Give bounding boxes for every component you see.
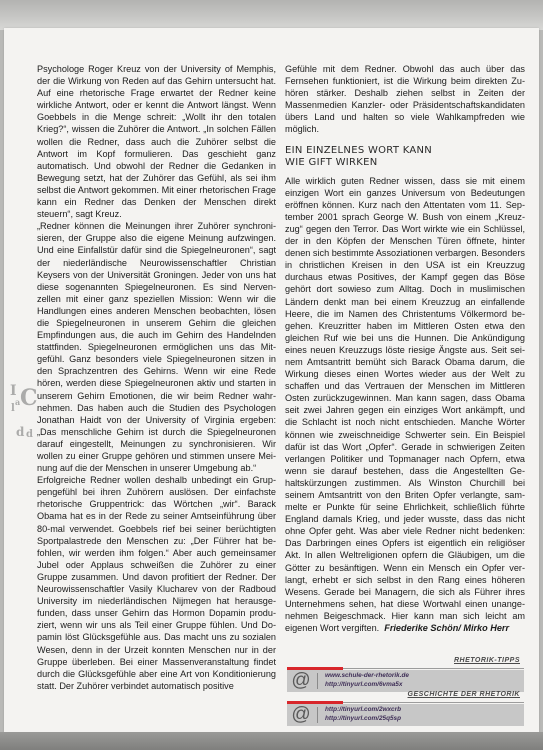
link-box-rhetorik-tipps: RHETORIK-TIPPS @ www.schule-der-rhetorik… [287, 670, 524, 692]
at-sign-icon: @ [290, 705, 312, 725]
bleed-letter: l [11, 403, 15, 414]
paragraph: Psychologe Roger Kreuz von der Universit… [37, 63, 276, 220]
link-box-label: RHETORIK-TIPPS [454, 657, 520, 664]
bleed-letter: d [16, 425, 24, 439]
paragraph: Gefühle mit dem Redner. Obwohl das auch … [285, 63, 525, 136]
web-link[interactable]: http://tinyurl.com/25q5sp [325, 715, 401, 724]
magazine-page: I C a l d d Psychologe Roger Kreuz von d… [4, 28, 539, 732]
paragraph-text: Alle wirklich guten Redner wissen, dass … [285, 176, 525, 633]
web-link[interactable]: http://tinyurl.com/6vma5x [325, 681, 409, 690]
divider [343, 668, 524, 669]
bleed-letter: a [15, 397, 20, 407]
bleed-letter: d [26, 429, 33, 440]
link-box-label: GESCHICHTE DER RHETORIK [408, 691, 521, 698]
subheading-line: EIN EINZELNES WORT KANN [285, 145, 432, 156]
link-box-geschichte-der-rhetorik: GESCHICHTE DER RHETORIK @ http://tinyurl… [287, 704, 524, 726]
author-byline: Friederike Schön/ Mirko Herr [384, 623, 509, 633]
margin-bleed-letters: I C a l d d [8, 383, 36, 453]
web-link[interactable]: http://tinyurl.com/2wxcrb [325, 706, 401, 715]
subheading-line: WIE GIFT WIRKEN [285, 157, 378, 168]
divider [343, 702, 524, 703]
bleed-letter: C [20, 385, 38, 411]
paragraph: Erfolgreiche Redner wollen deshalb unbed… [37, 474, 276, 692]
article-column-right: Gefühle mit dem Redner. Obwohl das auch … [285, 63, 525, 634]
scan-shadow-bottom [0, 732, 543, 750]
link-list: www.schule-der-rhetorik.de http://tinyur… [325, 672, 409, 689]
link-list: http://tinyurl.com/2wxcrb http://tinyurl… [325, 706, 401, 723]
divider [317, 673, 318, 689]
scan-shadow-top [0, 0, 543, 30]
at-sign-icon: @ [290, 671, 312, 691]
article-column-left: Psychologe Roger Kreuz von der Universit… [37, 63, 276, 692]
section-subheading: EIN EINZELNES WORT KANN WIE GIFT WIRKEN [285, 145, 525, 169]
paragraph: „Redner können die Meinungen ihrer Zuhör… [37, 220, 276, 474]
web-link[interactable]: www.schule-der-rhetorik.de [325, 672, 409, 681]
paragraph: Alle wirklich guten Redner wissen, dass … [285, 175, 525, 635]
divider [317, 707, 318, 723]
